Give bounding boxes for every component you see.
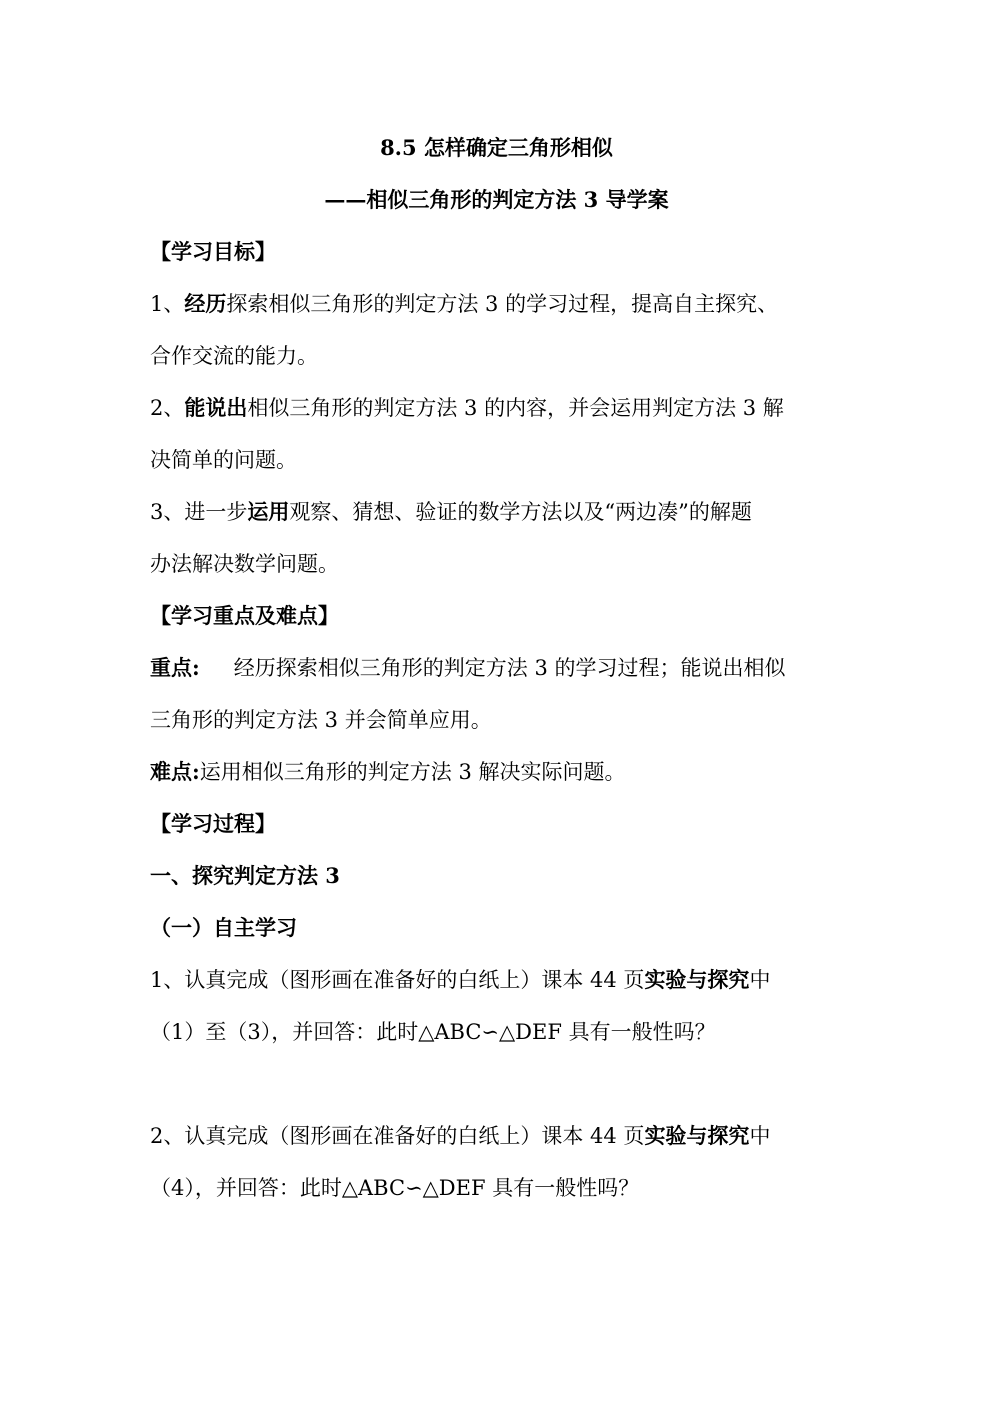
question-1: 1、认真完成（图形画在准备好的白纸上）课本 44 页实验与探究中 <box>150 967 770 993</box>
objective-1: 1、经历探索相似三角形的判定方法 3 的学习过程，提高自主探究、 <box>150 291 778 317</box>
difficulty-label: 难点: <box>150 759 200 784</box>
focus-line: 重点:经历探索相似三角形的判定方法 3 的学习过程；能说出相似 <box>150 655 785 681</box>
question-1-cont: （1）至（3），并回答：此时△ABC∽△DEF 具有一般性吗？ <box>150 1019 716 1045</box>
objective-num: 2、 <box>150 396 184 420</box>
objective-num: 3、进一步 <box>150 500 247 524</box>
objective-3-cont: 办法解决数学问题。 <box>150 551 339 577</box>
objectives-heading: 【学习目标】 <box>150 239 276 265</box>
focus-text: 经历探索相似三角形的判定方法 3 的学习过程；能说出相似 <box>234 656 786 680</box>
focus-label: 重点: <box>150 655 200 680</box>
question-keyword: 实验与探究 <box>644 967 749 992</box>
objective-1-cont: 合作交流的能力。 <box>150 343 318 369</box>
question-2-cont: （4），并回答：此时△ABC∽△DEF 具有一般性吗？ <box>150 1175 639 1201</box>
process-heading: 【学习过程】 <box>150 811 276 837</box>
objective-2: 2、能说出相似三角形的判定方法 3 的内容，并会运用判定方法 3 解 <box>150 395 784 421</box>
difficulty-line: 难点:运用相似三角形的判定方法 3 解决实际问题。 <box>150 759 625 785</box>
doc-title: 8.5 怎样确定三角形相似 <box>0 135 993 161</box>
question-text-end: 中 <box>749 968 770 992</box>
doc-subtitle: ——相似三角形的判定方法 3 导学案 <box>0 187 993 213</box>
question-2: 2、认真完成（图形画在准备好的白纸上）课本 44 页实验与探究中 <box>150 1123 770 1149</box>
difficulty-text: 运用相似三角形的判定方法 3 解决实际问题。 <box>200 760 626 784</box>
objective-3: 3、进一步运用观察、猜想、验证的数学方法以及“两边凑”的解题 <box>150 499 752 525</box>
question-keyword: 实验与探究 <box>644 1123 749 1148</box>
question-text: 1、认真完成（图形画在准备好的白纸上）课本 44 页 <box>150 968 644 992</box>
objective-keyword: 经历 <box>184 291 226 316</box>
objective-text: 观察、猜想、验证的数学方法以及“两边凑”的解题 <box>289 500 751 524</box>
keypoints-heading: 【学习重点及难点】 <box>150 603 339 629</box>
focus-cont: 三角形的判定方法 3 并会简单应用。 <box>150 707 492 733</box>
question-text: 2、认真完成（图形画在准备好的白纸上）课本 44 页 <box>150 1124 644 1148</box>
objective-num: 1、 <box>150 292 184 316</box>
objective-text: 相似三角形的判定方法 3 的内容，并会运用判定方法 3 解 <box>247 396 783 420</box>
objective-2-cont: 决简单的问题。 <box>150 447 297 473</box>
objective-keyword: 运用 <box>247 499 289 524</box>
part1-title: 一、探究判定方法 3 <box>150 863 340 889</box>
objective-text: 探索相似三角形的判定方法 3 的学习过程，提高自主探究、 <box>226 292 778 316</box>
question-text-end: 中 <box>749 1124 770 1148</box>
objective-keyword: 能说出 <box>184 395 247 420</box>
sub1-title: （一）自主学习 <box>150 915 297 941</box>
